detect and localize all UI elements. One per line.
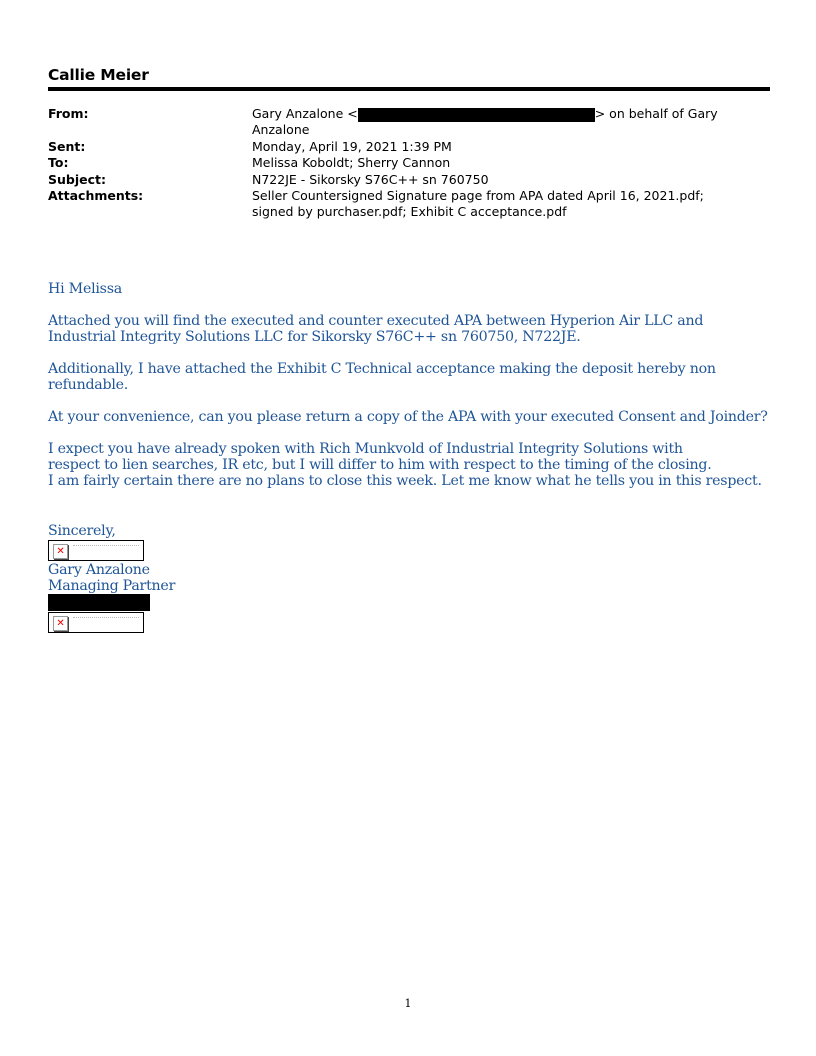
to-value: Melissa Koboldt; Sherry Cannon xyxy=(252,155,778,171)
subject-label: Subject: xyxy=(48,172,252,188)
page-title: Callie Meier xyxy=(48,66,149,84)
body-paragraph: Attached you will find the executed and … xyxy=(48,313,738,345)
sent-label: Sent: xyxy=(48,139,252,155)
from-name: Gary Anzalone < xyxy=(252,106,358,121)
body-paragraph: Additionally, I have attached the Exhibi… xyxy=(48,361,778,393)
body-paragraph: At your convenience, can you please retu… xyxy=(48,409,778,425)
redacted-email xyxy=(358,108,595,122)
broken-image-placeholder: ✕ xyxy=(48,540,144,561)
signature-title: Managing Partner xyxy=(48,578,778,594)
email-body: Hi Melissa Attached you will find the ex… xyxy=(48,281,778,634)
from-row: From: Gary Anzalone <> on behalf of Gary… xyxy=(48,106,778,139)
from-value: Gary Anzalone <> on behalf of Gary Anzal… xyxy=(252,106,778,139)
to-row: To: Melissa Koboldt; Sherry Cannon xyxy=(48,155,778,171)
body-paragraph: I expect you have already spoken with Ri… xyxy=(48,441,778,489)
subject-row: Subject: N722JE - Sikorsky S76C++ sn 760… xyxy=(48,172,778,188)
attachments-value: Seller Countersigned Signature page from… xyxy=(252,188,778,221)
body-line: I expect you have already spoken with Ri… xyxy=(48,441,738,473)
greeting: Hi Melissa xyxy=(48,281,778,297)
signature-block: Sincerely, ✕ Gary Anzalone Managing Part… xyxy=(48,523,778,633)
email-header: From: Gary Anzalone <> on behalf of Gary… xyxy=(48,106,778,221)
from-label: From: xyxy=(48,106,252,139)
page-number: 1 xyxy=(0,997,816,1010)
signature-name: Gary Anzalone xyxy=(48,562,778,578)
to-label: To: xyxy=(48,155,252,171)
subject-value: N722JE - Sikorsky S76C++ sn 760750 xyxy=(252,172,778,188)
attachments-label: Attachments: xyxy=(48,188,252,221)
image-alt-text xyxy=(73,545,139,548)
title-divider xyxy=(48,87,770,91)
sent-value: Monday, April 19, 2021 1:39 PM xyxy=(252,139,778,155)
attachments-row: Attachments: Seller Countersigned Signat… xyxy=(48,188,778,221)
broken-image-icon: ✕ xyxy=(53,616,68,631)
body-line: I am fairly certain there are no plans t… xyxy=(48,473,778,489)
signature-closing: Sincerely, xyxy=(48,523,778,539)
redacted-contact xyxy=(48,594,150,611)
broken-image-placeholder: ✕ xyxy=(48,612,144,633)
image-alt-text xyxy=(73,617,139,620)
sent-row: Sent: Monday, April 19, 2021 1:39 PM xyxy=(48,139,778,155)
broken-image-icon: ✕ xyxy=(53,544,68,559)
